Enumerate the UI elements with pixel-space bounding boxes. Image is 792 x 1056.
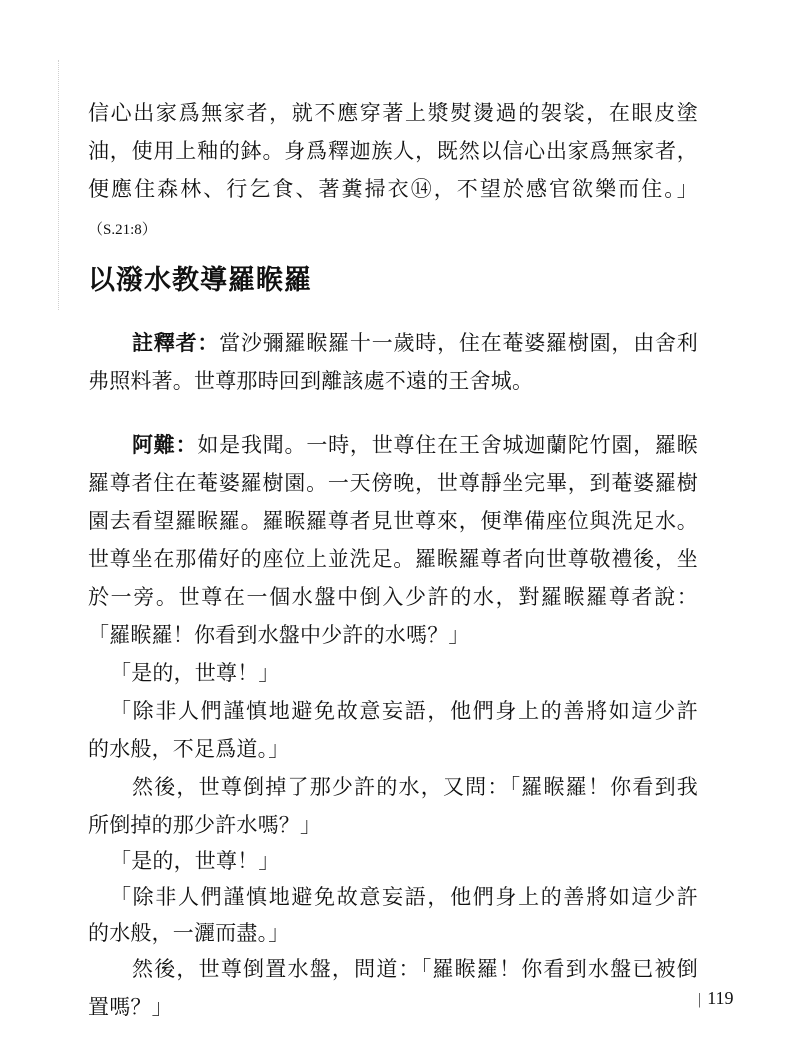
dialogue-line: 所倒掉的那少許水嗎？」 [88,812,698,838]
dialogue-line: 的水般，一灑而盡。」 [88,920,698,946]
commentary-line: 註釋者：當沙彌羅睺羅十一歲時，住在菴婆羅樹園，由舍利 [88,330,698,356]
citation: （S.21:8） [88,218,157,239]
page-number: |119 [698,988,734,1009]
commentary-text: 當沙彌羅睺羅十一歲時，住在菴婆羅樹園，由舍利 [219,331,698,355]
text-line: 油，使用上釉的鉢。身爲釋迦族人，既然以信心出家爲無家者， [88,138,698,164]
dialogue-line: 的水般，不足爲道。」 [88,736,698,762]
dialogue-line: 「是的，世尊！」 [88,848,698,874]
commentary-line: 弗照料著。世尊那時回到離該處不遠的王舍城。 [88,368,698,394]
dialogue-line: 置嗎？」 [88,994,698,1020]
speaker-label: 註釋者： [132,330,219,355]
narration-line: 園去看望羅睺羅。羅睺羅尊者見世尊來，便準備座位與洗足水。 [88,508,698,534]
section-title: 以潑水教導羅睺羅 [88,258,312,297]
divider: | [698,991,701,1008]
narration-line: 阿難：如是我聞。一時，世尊住在王舍城迦蘭陀竹園，羅睺 [88,432,698,458]
narration-line: 世尊坐在那備好的座位上並洗足。羅睺羅尊者向世尊敬禮後，坐 [88,546,698,572]
narration-line: 於一旁。世尊在一個水盤中倒入少許的水，對羅睺羅尊者說： [88,584,698,610]
page-number-value: 119 [707,988,733,1008]
text-line: 信心出家爲無家者，就不應穿著上漿熨燙過的袈裟，在眼皮塗 [88,100,698,126]
dialogue-line: 然後，世尊倒掉了那少許的水，又問：「羅睺羅！你看到我 [88,774,698,800]
dialogue-line: 然後，世尊倒置水盤，問道：「羅睺羅！你看到水盤已被倒 [88,956,698,982]
narration-text: 如是我聞。一時，世尊住在王舍城迦蘭陀竹園，羅睺 [197,433,698,457]
dialogue-line: 「除非人們謹慎地避免故意妄語，他們身上的善將如這少許 [88,884,698,910]
narration-line: 羅尊者住在菴婆羅樹園。一天傍晚，世尊靜坐完畢，到菴婆羅樹 [88,470,698,496]
dialogue-line: 「除非人們謹慎地避免故意妄語，他們身上的善將如這少許 [88,698,698,724]
speaker-label: 阿難： [132,432,197,457]
text-line: 便應住森林、行乞食、著糞掃衣⑭，不望於感官欲樂而住。」 [88,176,698,202]
dialogue-line: 「是的，世尊！」 [88,660,698,686]
narration-line: 「羅睺羅！你看到水盤中少許的水嗎？」 [88,622,698,648]
margin-marks [58,60,61,310]
